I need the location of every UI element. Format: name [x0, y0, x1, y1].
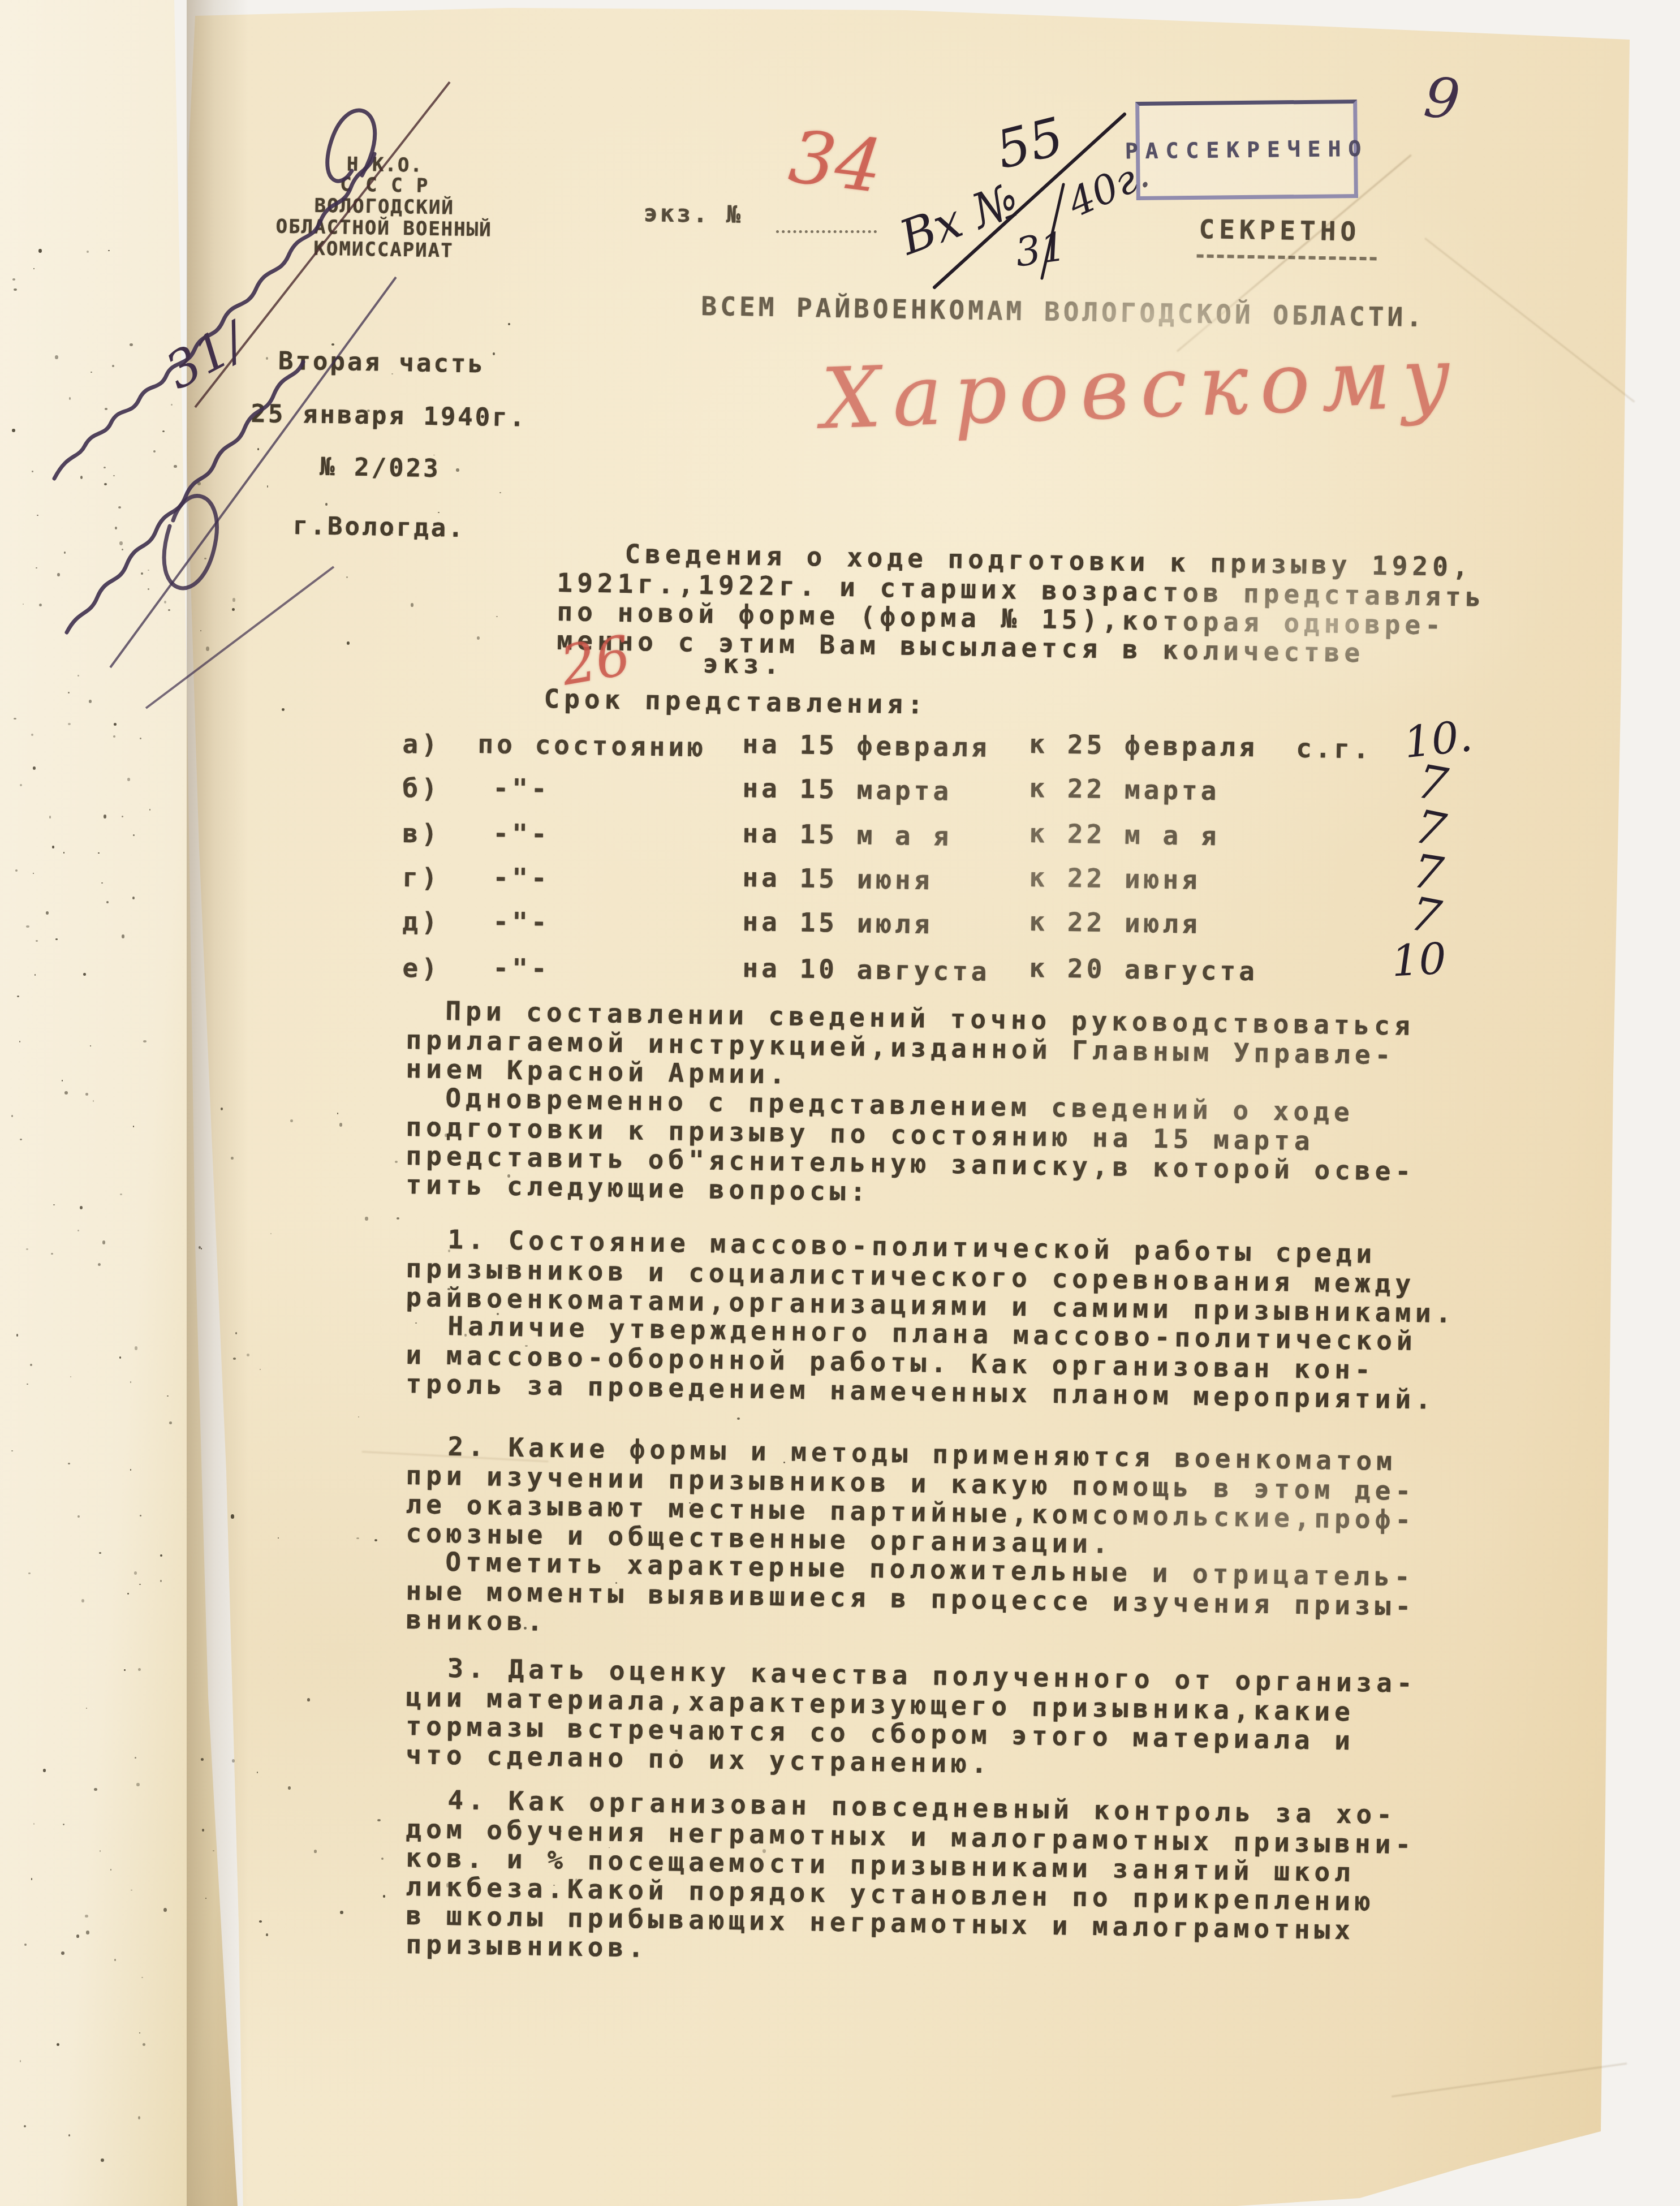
schedule-letter: б) [402, 773, 441, 804]
schedule-middle: -"- [493, 906, 550, 938]
schedule-to: к 20 августа [1029, 953, 1258, 986]
schedule-letter: г) [402, 862, 441, 893]
schedule-on: на 15 марта [742, 773, 952, 807]
schedule-on: на 15 июля [742, 906, 933, 940]
incoming-day: 31 [1013, 223, 1069, 276]
schedule-middle: -"- [493, 862, 550, 894]
letterhead-city: г.Вологда. [249, 511, 510, 544]
schedule-on: на 15 июня [742, 862, 933, 895]
schedule-middle: -"- [493, 953, 550, 984]
letterhead-number: № 2/023 [250, 451, 511, 484]
schedule-to: к 25 февраля с.г. [1029, 729, 1372, 765]
letterhead: Н.К.О. С С С Р ВОЛОГОДСКИЙ ОБЛАСТНОЙ ВОЕ… [257, 0, 518, 4]
speck [199, 1246, 201, 1249]
schedule-to: к 22 марта [1029, 773, 1220, 806]
schedule-middle: -"- [493, 818, 550, 850]
copies-count-handwritten: 26 [556, 623, 635, 698]
schedule-middle: по состоянию [477, 729, 707, 762]
schedule-to: к 22 июля [1029, 906, 1201, 940]
speck [201, 1248, 202, 1250]
declassified-stamp: РАССЕКРЕЧЕНО [1135, 100, 1358, 200]
schedule-count: 10 [1390, 933, 1448, 986]
schedule-letter: в) [402, 818, 441, 849]
schedule-to: к 22 м а я [1029, 818, 1220, 851]
secret-underline [1197, 225, 1377, 261]
body-line: вников. [406, 1604, 548, 1637]
schedule-on: на 15 м а я [742, 818, 952, 852]
letterhead-date: 25 января 1940г. [251, 399, 511, 432]
page-number: 9 [1421, 65, 1463, 133]
copy-label: экз. № [643, 199, 743, 229]
schedule-letter: е) [402, 953, 441, 984]
schedule-middle: -"- [493, 773, 550, 804]
body-line: призывников. [406, 1929, 648, 1963]
schedule-on: на 10 августа [742, 953, 990, 987]
letterhead-line: КОМИССАРИАТ [253, 236, 514, 263]
copy-number-handwritten: 34 [785, 115, 887, 210]
schedule-on: на 15 февраля [742, 729, 990, 763]
declassified-stamp-text: РАССЕКРЕЧЕНО [1125, 136, 1369, 164]
schedule-to: к 22 июня [1029, 862, 1201, 895]
schedule-letter: а) [402, 729, 441, 760]
copies-word: экз. [703, 648, 784, 680]
schedule-letter: д) [402, 906, 441, 937]
letterhead-part: Вторая часть [252, 346, 512, 379]
